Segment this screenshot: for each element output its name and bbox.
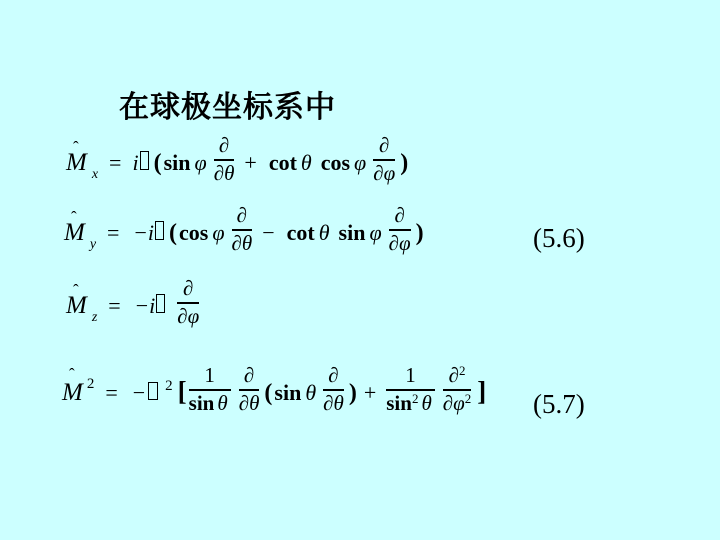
fraction-d-dtheta: ∂∂θ (214, 134, 235, 185)
subscript-y: y (90, 237, 96, 252)
theta-symbol: θ (217, 391, 227, 415)
sin-function: sin (386, 391, 412, 415)
hat-accent-icon: ˆ (71, 208, 77, 228)
right-paren: ) (349, 380, 357, 407)
cos-function: cos (321, 150, 350, 176)
equals-sign: = (109, 150, 121, 176)
theta-symbol: θ (305, 380, 316, 406)
partial-phi: ∂φ (443, 391, 465, 415)
imaginary-i: i (132, 150, 138, 176)
hbar-missing-glyph-icon (156, 294, 165, 313)
minus-sign: − (262, 220, 274, 246)
slide-title: 在球极坐标系中 (119, 82, 336, 126)
fraction-d-dtheta: ∂∂θ (323, 364, 344, 415)
operator-mx: ˆMx (66, 149, 98, 183)
fraction-d-dtheta: ∂∂θ (232, 204, 253, 255)
partial-symbol: ∂ (449, 363, 459, 387)
equals-sign: = (108, 293, 120, 319)
left-paren: ( (264, 380, 272, 407)
superscript-2: 2 (87, 376, 95, 392)
right-paren: ) (400, 150, 408, 177)
minus-sign: − (136, 293, 148, 319)
fraction-one-over-sin2-theta: 1sin2θ (386, 364, 435, 415)
minus-sign: − (134, 220, 146, 246)
equation-my: ˆMy = − i ( cos φ ∂∂θ − cot θ sin φ ∂∂φ … (64, 214, 425, 265)
equation-mz: ˆMz = − i ∂∂φ (66, 287, 203, 338)
fraction-d-dphi: ∂∂φ (373, 134, 395, 185)
fraction-numerator: 1 (189, 364, 231, 391)
fraction-denominator: ∂θ (323, 391, 344, 415)
equation-label-5-6: (5.6) (533, 223, 585, 254)
cot-function: cot (269, 150, 297, 176)
plus-sign: + (244, 150, 256, 176)
phi-symbol: φ (195, 150, 207, 176)
subscript-z: z (92, 310, 97, 325)
left-bracket: [ (178, 376, 187, 407)
fraction-denominator: ∂φ2 (443, 391, 472, 415)
fraction-denominator: sin2θ (386, 391, 435, 415)
fraction-numerator: ∂ (239, 364, 260, 391)
hbar-missing-glyph-icon (148, 382, 158, 400)
fraction-denominator: ∂θ (232, 231, 253, 255)
fraction-denominator: ∂φ (177, 304, 199, 328)
theta-symbol: θ (301, 150, 312, 176)
fraction-numerator: ∂ (373, 134, 395, 161)
fraction-d2-dphi2: ∂2∂φ2 (443, 364, 472, 415)
fraction-numerator: ∂ (323, 364, 344, 391)
superscript-2: 2 (412, 391, 419, 406)
imaginary-i: i (148, 220, 154, 246)
equation-label-5-7: (5.7) (533, 389, 585, 420)
sin-function: sin (274, 380, 301, 406)
slide-canvas: 在球极坐标系中 ˆMx = i ( sin φ ∂∂θ + cot θ cos … (0, 0, 720, 540)
fraction-one-over-sin-theta: 1sinθ (189, 364, 231, 415)
fraction-numerator: 1 (386, 364, 435, 391)
sin-function: sin (189, 391, 215, 415)
equals-sign: = (105, 380, 117, 406)
hbar-missing-glyph-icon (140, 151, 149, 170)
operator-my: ˆMy (64, 219, 96, 253)
cos-function: cos (179, 220, 208, 246)
fraction-denominator: ∂φ (373, 161, 395, 185)
phi-symbol: φ (354, 150, 366, 176)
fraction-denominator: ∂φ (389, 231, 411, 255)
sin-function: sin (339, 220, 366, 246)
fraction-numerator: ∂ (232, 204, 253, 231)
fraction-numerator: ∂2 (443, 364, 472, 391)
hat-accent-icon: ˆ (73, 138, 79, 158)
fraction-denominator: sinθ (189, 391, 231, 415)
phi-symbol: φ (369, 220, 381, 246)
theta-symbol: θ (319, 220, 330, 246)
operator-m2: ˆM2 (62, 376, 94, 407)
superscript-2: 2 (465, 391, 472, 406)
minus-sign: − (133, 380, 145, 406)
equation-m-squared: ˆM2 = − 2 [ 1sinθ ∂∂θ ( sin θ ∂∂θ ) + 1s… (62, 374, 488, 425)
cot-function: cot (287, 220, 315, 246)
left-paren: ( (169, 220, 177, 247)
fraction-denominator: ∂θ (214, 161, 235, 185)
fraction-d-dphi: ∂∂φ (389, 204, 411, 255)
imaginary-i: i (149, 293, 155, 319)
superscript-2: 2 (459, 363, 466, 378)
subscript-x: x (92, 167, 98, 182)
hbar-missing-glyph-icon (155, 221, 164, 240)
fraction-d-dtheta: ∂∂θ (239, 364, 260, 415)
fraction-numerator: ∂ (177, 277, 199, 304)
right-bracket: ] (477, 376, 486, 407)
hbar-superscript-2: 2 (165, 378, 173, 395)
equation-mx: ˆMx = i ( sin φ ∂∂θ + cot θ cos φ ∂∂φ ) (66, 144, 409, 195)
hat-accent-icon: ˆ (73, 281, 79, 301)
equals-sign: = (107, 220, 119, 246)
operator-mz: ˆMz (66, 292, 97, 326)
phi-symbol: φ (212, 220, 224, 246)
right-paren: ) (416, 220, 424, 247)
fraction-numerator: ∂ (389, 204, 411, 231)
plus-sign: + (364, 380, 376, 406)
sin-function: sin (164, 150, 191, 176)
theta-symbol: θ (421, 391, 431, 415)
fraction-d-dphi: ∂∂φ (177, 277, 199, 328)
fraction-numerator: ∂ (214, 134, 235, 161)
fraction-denominator: ∂θ (239, 391, 260, 415)
left-paren: ( (154, 150, 162, 177)
hat-accent-icon: ˆ (69, 365, 75, 385)
